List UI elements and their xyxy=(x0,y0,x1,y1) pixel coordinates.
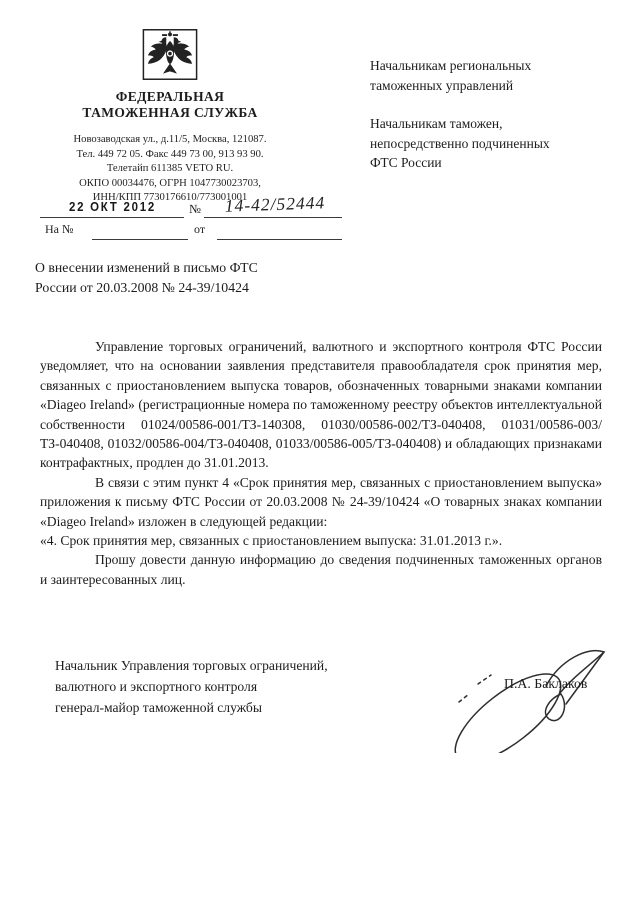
recipients-block: Начальникам региональных таможенных упра… xyxy=(370,56,610,192)
recipient-line: таможенных управлений xyxy=(370,76,610,96)
address-line: Телетайп 611385 VETO RU. xyxy=(30,162,310,177)
address-line: Новозаводская ул., д.11/5, Москва, 12108… xyxy=(30,133,310,148)
recipient-line: непосредственно подчиненных xyxy=(370,134,610,154)
signatory-position-line: валютного и экспортного контроля xyxy=(55,676,328,697)
number-sign: № xyxy=(189,202,201,217)
coat-of-arms-eagle-icon xyxy=(142,28,198,86)
subject-line: О внесении изменений в письмо ФТС России… xyxy=(35,258,365,297)
body-paragraph-1: Управление торговых ограничений, валютно… xyxy=(40,337,602,473)
body-paragraph-3: «4. Срок принятия мер, связанных с приос… xyxy=(40,531,602,550)
recipient-regional-directorates: Начальникам региональных таможенных упра… xyxy=(370,56,610,95)
number-underline xyxy=(204,216,342,218)
recipient-line: Начальникам таможен, xyxy=(370,114,610,134)
letter-page: ФЕДЕРАЛЬНАЯ ТАМОЖЕННАЯ СЛУЖБА Новозаводс… xyxy=(0,0,640,900)
subject-line-2: России от 20.03.2008 № 24-39/10424 xyxy=(35,278,365,298)
address-line: Тел. 449 72 05. Факс 449 73 00, 913 93 9… xyxy=(30,148,310,163)
body-paragraph-2: В связи с этим пункт 4 «Срок принятия ме… xyxy=(40,473,602,531)
reply-from-label: от xyxy=(194,222,205,237)
recipient-line: Начальникам региональных xyxy=(370,56,610,76)
agency-name-line1: ФЕДЕРАЛЬНАЯ xyxy=(30,89,310,105)
letterhead: ФЕДЕРАЛЬНАЯ ТАМОЖЕННАЯ СЛУЖБА Новозаводс… xyxy=(30,28,310,206)
handwritten-signature xyxy=(428,638,608,758)
body-paragraph-4: Прошу довести данную информацию до сведе… xyxy=(40,550,602,589)
outgoing-number-handwritten: 14-42/52444 xyxy=(205,192,346,218)
reply-to-label: На № xyxy=(45,222,73,237)
recipient-customs-heads: Начальникам таможен, непосредственно под… xyxy=(370,114,610,173)
signatory-position-line: Начальник Управления торговых ограничени… xyxy=(55,655,328,676)
address-line: ОКПО 00034476, ОГРН 1047730023703, xyxy=(30,177,310,192)
signatory-name: П.А. Баклаков xyxy=(504,676,587,692)
signatory-position-line: генерал-майор таможенной службы xyxy=(55,697,328,718)
date-underline xyxy=(40,216,184,218)
letter-body: Управление торговых ограничений, валютно… xyxy=(40,337,602,589)
signatory-position: Начальник Управления торговых ограничени… xyxy=(55,655,328,718)
recipient-line: ФТС России xyxy=(370,153,610,173)
date-stamp: 22 ОКТ 2012 xyxy=(49,199,177,214)
agency-name-line2: ТАМОЖЕННАЯ СЛУЖБА xyxy=(30,105,310,121)
subject-line-1: О внесении изменений в письмо ФТС xyxy=(35,258,365,278)
reply-date-underline xyxy=(217,238,342,240)
reply-number-underline xyxy=(92,238,188,240)
